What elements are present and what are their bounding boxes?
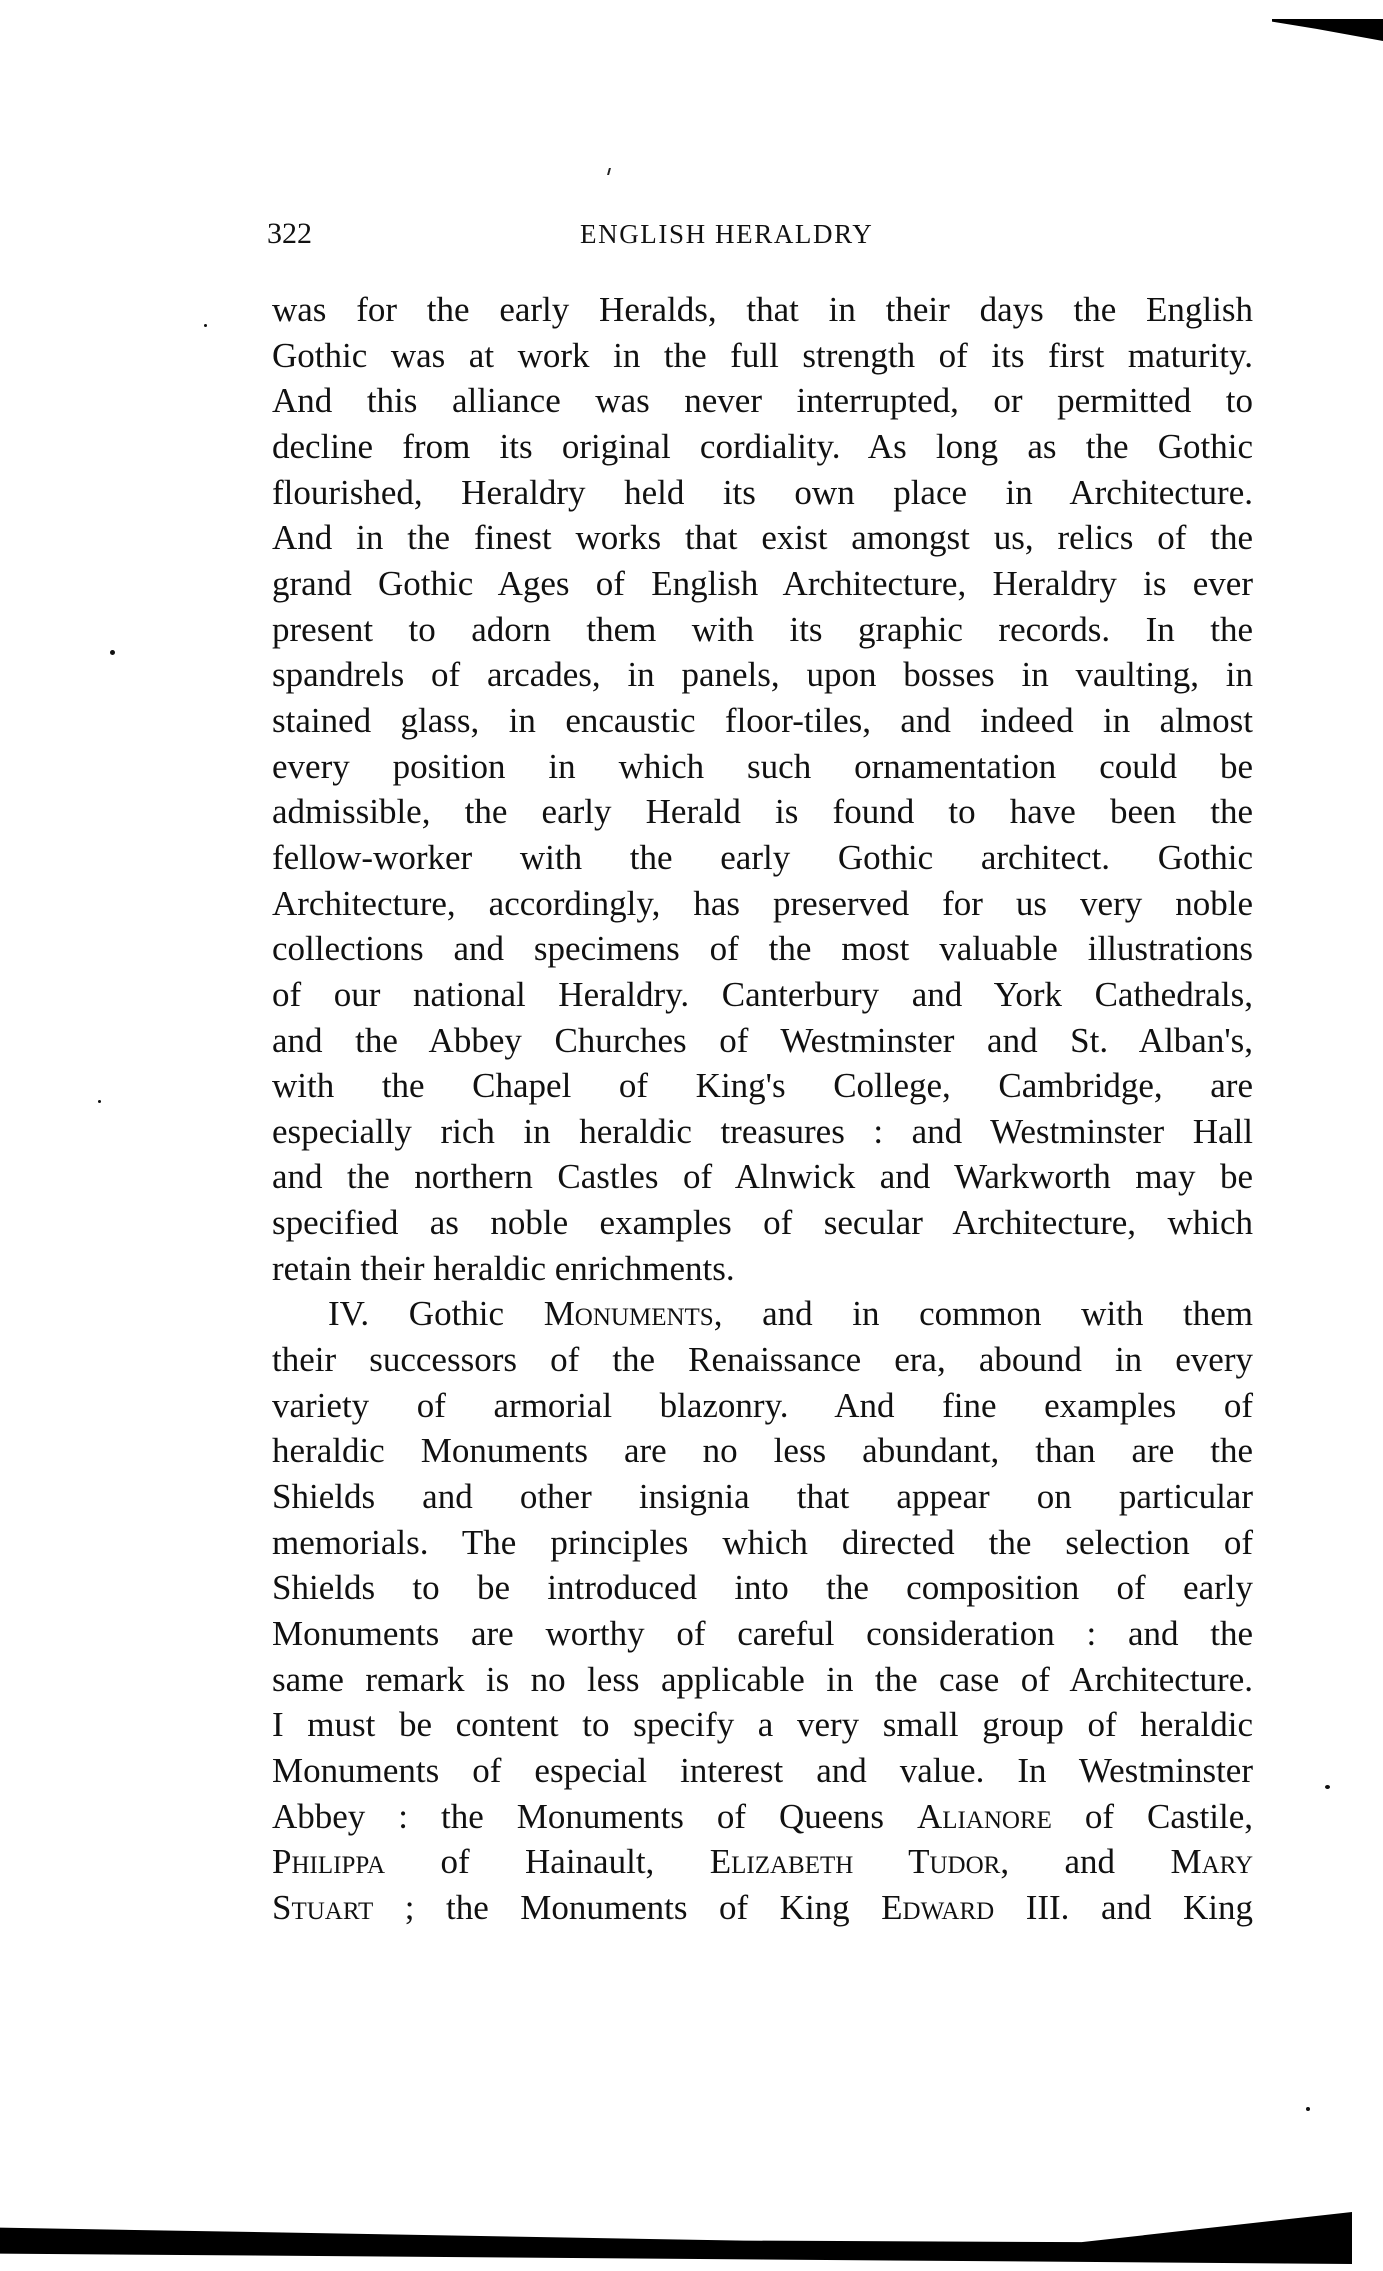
- running-head: 322 ENGLISH HERALDRY: [267, 214, 1257, 254]
- scan-speck: [1325, 1785, 1330, 1789]
- text-line: and the northern Castles of Alnwick and …: [272, 1154, 1253, 1200]
- text-line: Monuments are worthy of careful consider…: [272, 1611, 1253, 1657]
- section-term: Monuments: [544, 1294, 714, 1333]
- text-line: spandrels of arcades, in panels, upon bo…: [272, 652, 1253, 698]
- text-line: Gothic was at work in the full strength …: [272, 333, 1253, 379]
- scan-speck: [110, 650, 115, 655]
- text-line: And in the finest works that exist among…: [272, 515, 1253, 561]
- text-line: every position in which such ornamentati…: [272, 744, 1253, 790]
- text-line: Shields and other insignia that appear o…: [272, 1474, 1253, 1520]
- text-line: collections and specimens of the most va…: [272, 926, 1253, 972]
- page-number: 322: [267, 214, 312, 254]
- text-line: admissible, the early Herald is found to…: [272, 789, 1253, 835]
- text-line: specified as noble examples of secular A…: [272, 1200, 1253, 1246]
- text-line: Stuart ; the Monuments of King Edward II…: [272, 1885, 1253, 1931]
- section-iv-opening-line: IV. Gothic Monuments, and in common with…: [272, 1291, 1253, 1337]
- running-title: ENGLISH HERALDRY: [580, 214, 873, 254]
- text-line: And this alliance was never interrupted,…: [272, 378, 1253, 424]
- text-line: present to adorn them with its graphic r…: [272, 607, 1253, 653]
- text-line: decline from its original cordiality. As…: [272, 424, 1253, 470]
- scan-corner-artifact: [1272, 19, 1383, 41]
- scan-speck: [98, 1100, 101, 1103]
- proper-name: Stuart: [272, 1888, 373, 1927]
- text-line: Architecture, accordingly, has preserved…: [272, 881, 1253, 927]
- text-line: especially rich in heraldic treasures : …: [272, 1109, 1253, 1155]
- text-line: Shields to be introduced into the compos…: [272, 1565, 1253, 1611]
- scan-speck: [1306, 2107, 1310, 2111]
- text-line: same remark is no less applicable in the…: [272, 1657, 1253, 1703]
- text-line: Abbey : the Monuments of Queens Alianore…: [272, 1794, 1253, 1840]
- scan-speck: [607, 168, 611, 175]
- text-line: I must be content to specify a very smal…: [272, 1702, 1253, 1748]
- text-line: their successors of the Renaissance era,…: [272, 1337, 1253, 1383]
- book-page: 322 ENGLISH HERALDRY was for the early H…: [0, 0, 1383, 2271]
- text-line: variety of armorial blazonry. And fine e…: [272, 1383, 1253, 1429]
- text-line: Philippa of Hainault, Elizabeth Tudor, a…: [272, 1839, 1253, 1885]
- text-line: Monuments of especial interest and value…: [272, 1748, 1253, 1794]
- text-line: grand Gothic Ages of English Architectur…: [272, 561, 1253, 607]
- body-text: was for the early Heralds, that in their…: [272, 287, 1253, 1931]
- text-line: of our national Heraldry. Canterbury and…: [272, 972, 1253, 1018]
- proper-name: Mary: [1170, 1842, 1253, 1881]
- scan-bottom-edge-bar: [0, 2212, 1352, 2264]
- text-line: with the Chapel of King's College, Cambr…: [272, 1063, 1253, 1109]
- proper-name: Alianore: [917, 1797, 1052, 1836]
- paragraph-end-line: retain their heraldic enrichments.: [272, 1246, 1253, 1292]
- text-line: and the Abbey Churches of Westminster an…: [272, 1018, 1253, 1064]
- text-line: stained glass, in encaustic floor-tiles,…: [272, 698, 1253, 744]
- text-line: memorials. The principles which directed…: [272, 1520, 1253, 1566]
- text-line: fellow-worker with the early Gothic arch…: [272, 835, 1253, 881]
- text-line: was for the early Heralds, that in their…: [272, 287, 1253, 333]
- text-line: flourished, Heraldry held its own place …: [272, 470, 1253, 516]
- text-line: heraldic Monuments are no less abundant,…: [272, 1428, 1253, 1474]
- proper-name: Edward: [881, 1888, 994, 1927]
- proper-name: Philippa: [272, 1842, 385, 1881]
- scan-speck: [204, 324, 207, 327]
- section-numeral: IV.: [328, 1294, 369, 1333]
- proper-name: Elizabeth Tudor: [710, 1842, 1001, 1881]
